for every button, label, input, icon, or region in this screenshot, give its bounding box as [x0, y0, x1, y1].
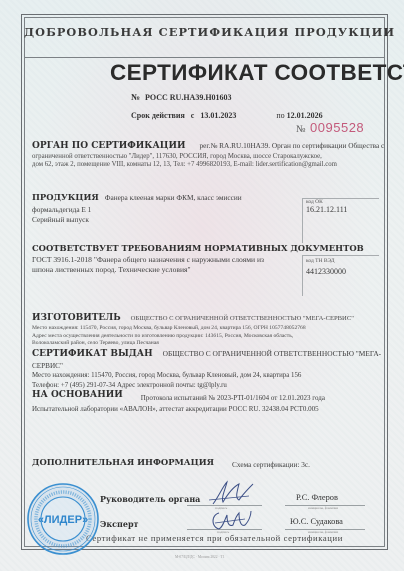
manufacturer-name: ОБЩЕСТВО С ОГРАНИЧЕННОЙ ОТВЕТСТВЕННОСТЬЮ…: [131, 315, 354, 322]
expert-label: Эксперт: [100, 519, 139, 529]
certification-body-section: ОРГАН ПО СЕРТИФИКАЦИИрег.№ RA.RU.10НА39.…: [32, 135, 384, 170]
manufacturer-label: ИЗГОТОВИТЕЛЬ: [32, 313, 121, 323]
product-section: ПРОДУКЦИЯФанера клееная марки ФКМ, класс…: [32, 187, 242, 225]
name-caption: инициалы, фамилия: [308, 506, 338, 510]
validity-period: Срок действия с 13.01.2023 по 12.01.2026: [131, 111, 323, 120]
header-divider: [24, 57, 384, 58]
tnved-code-caption: код ТН ВЭД: [306, 258, 379, 264]
basis-line: Протокола испытаний № 2023-PTI-01/1604 о…: [141, 394, 325, 402]
certification-body-line: ограниченной ответственностью "Лидер", 1…: [32, 153, 384, 161]
certificate-number: №РОСС RU.НА39.Н01603: [131, 92, 232, 102]
certification-body-line: рег.№ RA.RU.10НА39. Орган по сертификаци…: [200, 141, 385, 150]
certification-header: ДОБРОВОЛЬНАЯ СЕРТИФИКАЦИЯ ПРОДУКЦИИ: [24, 25, 384, 39]
certification-body-line: дом 62, этаж 2, помещение VIII, комнаты …: [32, 161, 384, 169]
tnved-code-value: 4412330000: [306, 267, 379, 276]
product-line: формальдегида Е 1: [32, 205, 242, 215]
head-label: Руководитель органа: [100, 494, 200, 504]
certificate-title: СЕРТИФИКАТ СООТВЕТСТВИЯ: [110, 60, 404, 86]
number-label: №: [131, 92, 140, 102]
standards-label: СООТВЕТСТВУЕТ ТРЕБОВАНИЯМ НОРМАТИВНЫХ ДО…: [32, 243, 364, 253]
validity-label: Срок действия: [131, 111, 185, 120]
additional-info-section: ДОПОЛНИТЕЛЬНАЯ ИНФОРМАЦИЯ Схема сертифик…: [32, 452, 310, 470]
okpd-code-value: 16.21.12.111: [306, 205, 379, 214]
issued-to-name: ОБЩЕСТВО С ОГРАНИЧЕННОЙ ОТВЕТСТВЕННОСТЬЮ…: [163, 349, 382, 358]
basis-label: НА ОСНОВАНИИ: [32, 390, 123, 400]
head-name: Р.С. Флеров: [296, 493, 338, 503]
number-value: РОСС RU.НА39.Н01603: [145, 93, 232, 102]
footer-form-code: М-07/ЦЛ/ДС · Москва 2022 · Т1: [175, 555, 225, 559]
serial-label: №: [296, 124, 306, 135]
footer-note: Сертификат не применяется при обязательн…: [86, 533, 343, 543]
serial-value: 0095528: [310, 120, 364, 135]
lider-stamp-icon: «ЛИДЕР»: [26, 482, 100, 556]
manufacturer-section: ИЗГОТОВИТЕЛЬОБЩЕСТВО С ОГРАНИЧЕННОЙ ОТВЕ…: [32, 307, 354, 348]
issued-to-name: СЕРВИС": [32, 361, 381, 371]
validity-to-label: по: [276, 111, 284, 120]
serial-number: №0095528: [296, 120, 364, 135]
validity-from-date: 13.01.2023: [200, 111, 236, 120]
additional-info-label: ДОПОЛНИТЕЛЬНАЯ ИНФОРМАЦИЯ: [32, 457, 214, 467]
issued-to-line: Место нахождения: 115470, Россия, город …: [32, 371, 381, 381]
stamp-text: «ЛИДЕР»: [38, 514, 88, 526]
product-line: Серийный выпуск: [32, 215, 242, 225]
issued-to-label: СЕРТИФИКАТ ВЫДАН: [32, 349, 153, 359]
head-signature: [205, 478, 255, 508]
product-label: ПРОДУКЦИЯ: [32, 192, 99, 202]
certification-body-label: ОРГАН ПО СЕРТИФИКАЦИИ: [32, 141, 186, 151]
validity-to-date: 12.01.2026: [287, 111, 323, 120]
product-line: Фанера клееная марки ФКМ, класс эмиссии: [105, 193, 242, 202]
manufacturer-line: Место нахождения: 115470, Россия, город …: [32, 325, 354, 333]
expert-name: Ю.С. Судакова: [290, 517, 343, 527]
expert-signature: [205, 507, 255, 533]
tnved-code-box: код ТН ВЭД 4412330000: [302, 255, 379, 296]
okpd-code-box: код ОК 16.21.12.111: [302, 198, 379, 243]
basis-section: НА ОСНОВАНИИПротокола испытаний № 2023-P…: [32, 384, 325, 414]
additional-info-text: Схема сертификации: 3с.: [232, 460, 310, 469]
validity-from-label: с: [191, 111, 195, 120]
basis-line: Испытательной лаборатории «АВАЛОН», атте…: [32, 404, 325, 414]
